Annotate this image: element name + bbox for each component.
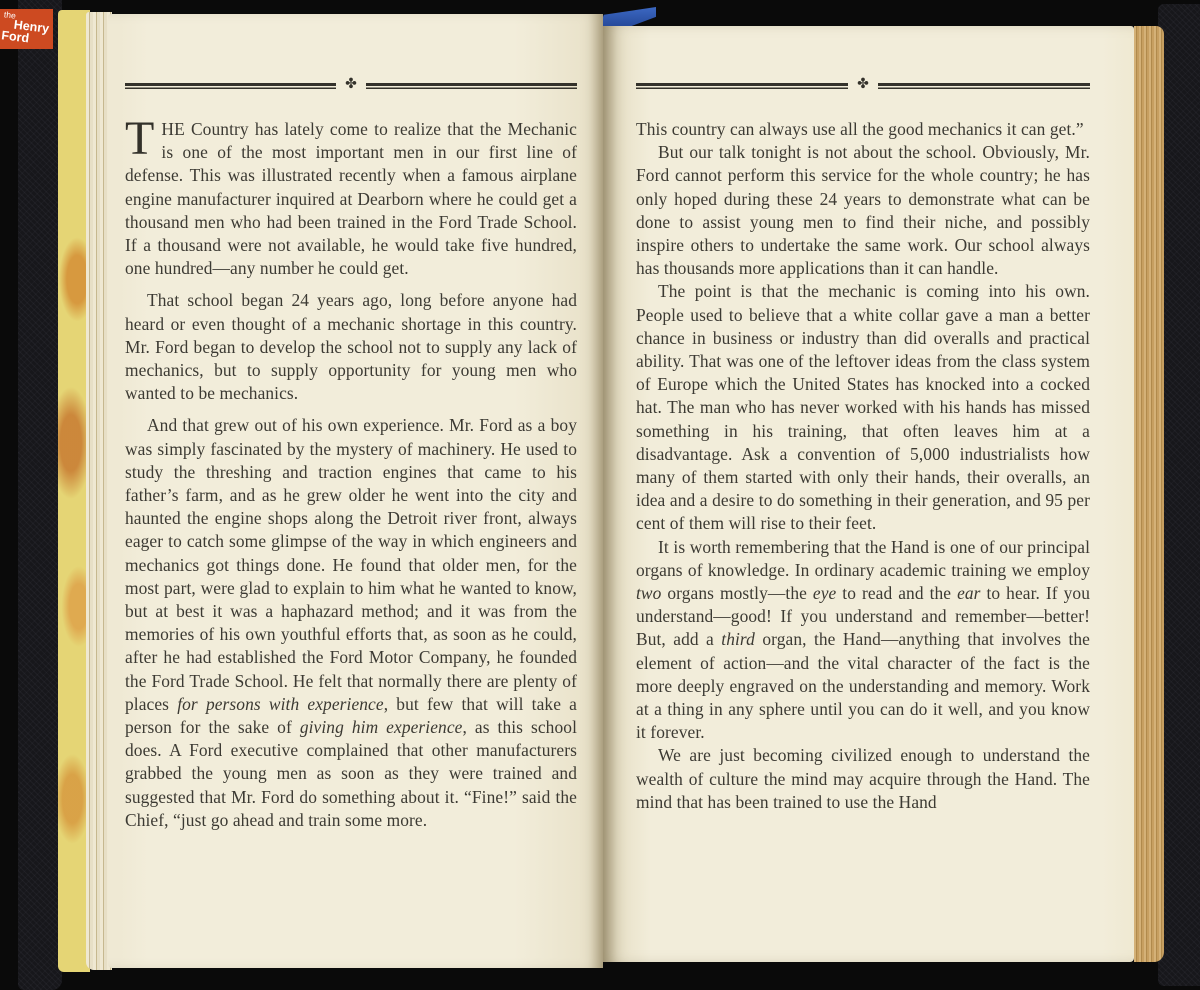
italic-text: two [636, 583, 661, 603]
italic-text: third [721, 629, 755, 649]
paragraph: But our talk tonight is not about the sc… [636, 141, 1090, 280]
text-run: HE Country has lately come to realize th… [125, 119, 577, 278]
text-run: to read and the [836, 583, 957, 603]
header-rule-right: ✤ [636, 78, 1090, 93]
left-page: ✤ THE Country has lately come to realize… [108, 14, 603, 968]
text-run: organs mostly—the [661, 583, 812, 603]
paragraph: This country can always use all the good… [636, 118, 1090, 141]
paragraph: THE Country has lately come to realize t… [125, 118, 577, 280]
header-rule-left: ✤ [125, 78, 577, 93]
paragraph: And that grew out of his own experience.… [125, 414, 577, 832]
double-rule [125, 83, 336, 89]
paragraph: We are just becoming civilized enough to… [636, 744, 1090, 814]
text-run: And that grew out of his own experience.… [125, 415, 577, 713]
italic-text: ear [957, 583, 980, 603]
fleuron-ornament-icon: ✤ [345, 78, 357, 92]
text-run: We are just becoming civilized enough to… [636, 745, 1090, 811]
italic-text: for persons with experience [177, 694, 384, 714]
leather-cover-left [18, 0, 62, 990]
henry-ford-logo-text: the Henry Ford [0, 9, 53, 47]
double-rule [636, 83, 848, 89]
paragraph: The point is that the mechanic is coming… [636, 280, 1090, 535]
italic-text: giving him experience [300, 717, 463, 737]
paragraph: It is worth remembering that the Hand is… [636, 536, 1090, 745]
drop-cap: T [125, 118, 161, 158]
paragraph: That school began 24 years ago, long bef… [125, 289, 577, 405]
left-page-text: THE Country has lately come to realize t… [125, 118, 577, 832]
double-rule [878, 83, 1090, 89]
henry-ford-logo: the Henry Ford [0, 9, 53, 49]
text-run: This country can always use all the good… [636, 119, 1084, 139]
right-page: ✤ This country can always use all the go… [603, 26, 1134, 962]
text-run: That school began 24 years ago, long bef… [125, 290, 577, 403]
fleuron-ornament-icon: ✤ [857, 78, 869, 92]
right-page-text: This country can always use all the good… [636, 118, 1090, 814]
leather-cover-right [1158, 4, 1200, 986]
text-run: But our talk tonight is not about the sc… [636, 142, 1090, 278]
fore-edge-pages [1134, 26, 1164, 962]
double-rule [366, 83, 577, 89]
text-run: It is worth remembering that the Hand is… [636, 537, 1090, 580]
text-run: The point is that the mechanic is coming… [636, 281, 1090, 533]
italic-text: eye [813, 583, 836, 603]
